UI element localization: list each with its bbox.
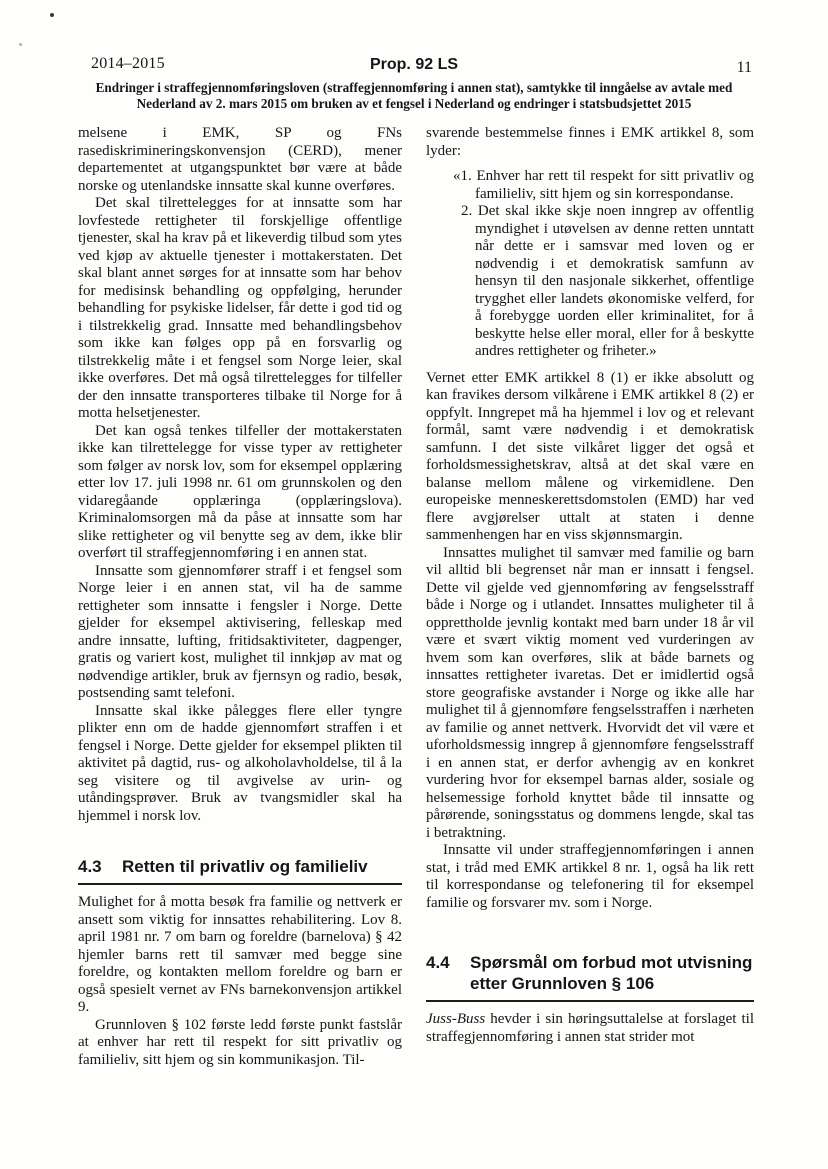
- body-paragraph: Vernet etter EMK artikkel 8 (1) er ikke …: [426, 370, 754, 545]
- page-number: 11: [737, 59, 752, 77]
- document-page: 2014–2015 Prop. 92 LS 11 Endringer i str…: [0, 0, 828, 1169]
- document-subtitle: Endringer i straffegjennomføringsloven (…: [72, 80, 756, 112]
- left-column: melsene i EMK, SP og FNs rasediskriminer…: [78, 125, 402, 1069]
- body-paragraph: Innsatte skal ikke pålegges flere eller …: [78, 703, 402, 826]
- section-heading-4-4: 4.4 Spørsmål om forbud mot utvisning ett…: [426, 952, 754, 1002]
- body-paragraph: Mulighet for å motta besøk fra familie o…: [78, 894, 402, 1017]
- body-paragraph: melsene i EMK, SP og FNs rasediskriminer…: [78, 125, 402, 195]
- body-paragraph: Det kan også tenkes tilfeller der mottak…: [78, 423, 402, 563]
- quote-item: 2. Det skal ikke skje noen inngrep av of…: [453, 203, 754, 361]
- right-column: svarende bestemmelse finnes i EMK artikk…: [426, 125, 754, 1069]
- closing-paragraph: Juss-Buss hevder i sin høringsuttalelse …: [426, 1011, 754, 1046]
- page-header: 2014–2015 Prop. 92 LS 11 Endringer i str…: [0, 0, 828, 112]
- section-number: 4.3: [78, 856, 122, 877]
- body-paragraph: svarende bestemmelse finnes i EMK artikk…: [426, 125, 754, 160]
- scan-speck: [19, 43, 22, 46]
- body-paragraph: Det skal tilrettelegges for at innsatte …: [78, 195, 402, 423]
- quote-item: «1. Enhver har rett til respekt for sitt…: [453, 168, 754, 203]
- text-columns: melsene i EMK, SP og FNs rasediskriminer…: [0, 125, 828, 1069]
- section-title: Spørsmål om forbud mot utvisning etter G…: [470, 952, 754, 994]
- document-title: Prop. 92 LS: [0, 56, 828, 74]
- statute-quote: «1. Enhver har rett til respekt for sitt…: [453, 168, 754, 361]
- section-title: Retten til privatliv og familieliv: [122, 856, 402, 877]
- body-paragraph: Innsattes mulighet til samvær med famili…: [426, 545, 754, 843]
- hearing-org-italic: Juss-Buss: [426, 1011, 485, 1027]
- section-heading-4-3: 4.3 Retten til privatliv og familieliv: [78, 856, 402, 885]
- section-number: 4.4: [426, 952, 470, 994]
- body-paragraph: Innsatte som gjennomfører straff i et fe…: [78, 563, 402, 703]
- scan-speck: [50, 13, 54, 17]
- body-paragraph: Innsatte vil under straffegjennomføringe…: [426, 842, 754, 912]
- body-paragraph: Grunnloven § 102 første ledd første punk…: [78, 1017, 402, 1070]
